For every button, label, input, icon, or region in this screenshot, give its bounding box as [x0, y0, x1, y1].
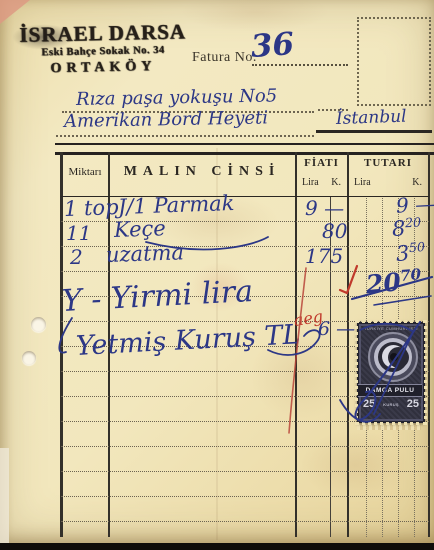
blue-ink-note: 6 —	[318, 320, 355, 339]
row3-qty: 2	[70, 247, 83, 267]
row-line	[61, 471, 429, 472]
customer-city: İstanbul	[336, 109, 407, 128]
merchant-district: ORTAKÖY	[14, 57, 192, 79]
row3-desc: uzatma	[106, 242, 185, 266]
row-line	[61, 496, 429, 497]
amount-words-line1: Y - Yirmi lira	[61, 277, 254, 317]
stamp-unit: KURUŞ	[383, 402, 399, 407]
city-underline	[316, 130, 432, 133]
invoice-number-value: 36	[250, 29, 295, 63]
ink-smudge	[12, 24, 74, 50]
col-header-price: FİATI	[296, 157, 347, 169]
stain	[300, 430, 410, 500]
row-line	[61, 446, 429, 447]
row1-total: 9 —	[395, 193, 434, 216]
stamp-title: DAMGA PULU	[358, 384, 422, 397]
hole-punch	[22, 351, 36, 365]
stamp-value-right: 25	[407, 398, 419, 410]
col-header-qty: Miktarı	[61, 166, 109, 178]
row2-total: 820	[391, 216, 422, 240]
torn-corner	[0, 0, 30, 24]
total-kurus-label: K.	[412, 177, 422, 188]
row2-price: 80	[322, 221, 347, 241]
customer-line2: Amerikan Bord Heyeti	[64, 109, 268, 131]
hole-punch	[31, 317, 46, 332]
stain	[180, 0, 330, 32]
table-line	[60, 152, 63, 537]
paper-edge	[0, 448, 9, 543]
row2-qty: 11	[66, 223, 91, 243]
stamp-country-text: TÜRKİYE CUMHURİYETİ	[359, 326, 423, 331]
crescent-emblem	[368, 332, 418, 382]
stamp-values: 25 KURUŞ 25	[359, 398, 423, 410]
col-header-desc: MALIN CİNSİ	[109, 164, 295, 180]
row-line	[61, 521, 429, 522]
stamp-value-left: 25	[363, 398, 375, 410]
row3-price: 175	[305, 246, 343, 266]
grand-total: 2070	[365, 267, 423, 297]
stamp-placeholder-box	[357, 17, 431, 106]
row3-total: 350	[395, 241, 426, 265]
row1-qty: 1 top	[64, 197, 119, 220]
customer-line1: Rıza paşa yokuşu No5	[76, 87, 278, 109]
price-lira-label: Lira	[302, 177, 319, 188]
scanned-invoice: İSRAEL DARSA Eski Bahçe Sokak No. 34 ORT…	[0, 0, 434, 550]
table-line	[347, 152, 349, 537]
invoice-paper: İSRAEL DARSA Eski Bahçe Sokak No. 34 ORT…	[0, 0, 434, 543]
guide-line	[56, 135, 314, 137]
damga-pulu-revenue-stamp: TÜRKİYE CUMHURİYETİ DAMGA PULU 25 KURUŞ …	[357, 322, 425, 423]
price-kurus-label: K.	[331, 177, 341, 188]
col-header-total: TUTARI	[348, 157, 428, 169]
row1-desc: J/1 Parmak	[118, 193, 235, 218]
row2-desc: Keçe	[114, 218, 166, 241]
row1-price: 9 —	[305, 198, 344, 218]
total-lira-label: Lira	[354, 177, 371, 188]
table-top-border	[55, 143, 434, 155]
invoice-number-label: Fatura No.	[192, 50, 257, 66]
